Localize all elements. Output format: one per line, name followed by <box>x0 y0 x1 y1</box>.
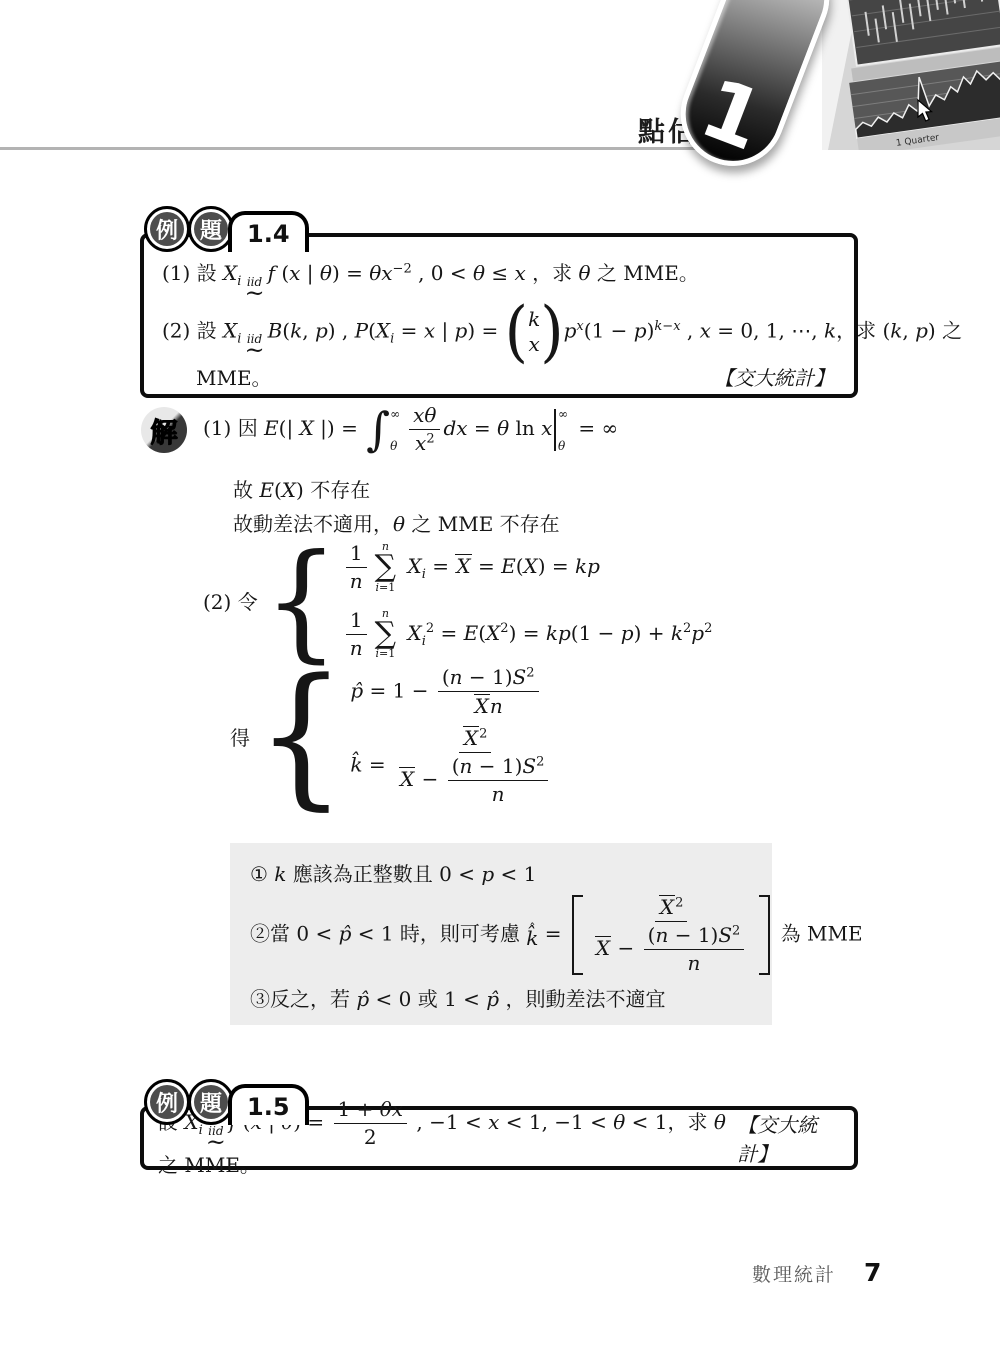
example-number: 1.4 <box>228 211 309 252</box>
note-item-3: ③反之，若 p̂ < 0 或 1 < p̂ ，則動差法不適宜 <box>250 983 752 1012</box>
stock-chart-image: 1 Quarter <box>822 0 1000 150</box>
problem-statement-2: (2) 設 Xiiid~B(k, p) , P(Xi = x | p) = (k… <box>162 307 838 358</box>
problem-statement-1: (1) 設 Xiiid~f (x | θ) = θx−2 , 0 < θ ≤ x… <box>162 257 838 301</box>
page-number: 7 <box>864 1258 881 1287</box>
estimator-system: 得 { p̂ = 1 − (n − 1)S2Xn k̂ = X2X − (n −… <box>230 666 558 806</box>
book-title: 數理統計 <box>752 1260 836 1287</box>
example-badge-label: 例 <box>150 1085 184 1119</box>
equation-row: 1nn∑i=1 Xi2 = E(X2) = kp(1 − p) + k2p2 <box>343 608 713 661</box>
example-badge: 例 <box>144 1079 190 1125</box>
equation-row: k̂ = X2X − (n − 1)S2n <box>350 726 558 806</box>
example-1-4-badges: 例 題 1.4 <box>144 206 309 252</box>
left-brace: { <box>256 675 346 798</box>
stock-chart-graphic: 1 Quarter <box>822 0 1000 150</box>
chapter-number-badge: 1 <box>666 0 845 181</box>
solution-step-2: 故 E(X) 不存在 <box>233 474 370 503</box>
system-label: (2) 令 <box>203 586 258 615</box>
problem-statement-2-cont: MME。 <box>196 362 272 391</box>
textbook-page: 點估計 <box>0 0 1000 1353</box>
header-rule <box>0 147 746 150</box>
example-number: 1.5 <box>228 1084 309 1125</box>
example-box-1-5: 例 題 1.5 設 Xiiid~f (x | θ) = 1 + θx2 , −1… <box>140 1106 858 1170</box>
example-badge-label: 例 <box>150 212 184 246</box>
system-label: 得 <box>230 722 250 751</box>
solution-step-1: (1) 因 E(| X |) = ∫∞θxθx2dx = θ ln x∞θ = … <box>203 404 618 455</box>
source-attribution: 【交大統計】 <box>737 1109 840 1167</box>
left-brace: { <box>264 550 339 652</box>
note-item-1: ① k 應該為正整數且 0 < p < 1 <box>250 858 752 887</box>
chapter-number: 1 <box>673 61 790 171</box>
example-1-5-badges: 例 題 1.5 <box>144 1079 309 1125</box>
equation-row: p̂ = 1 − (n − 1)S2Xn <box>350 666 558 718</box>
equation-row: 1nn∑i=1 Xi = X = E(X) = kp <box>343 541 713 594</box>
note-box: ① k 應該為正整數且 0 < p < 1 ②當 0 < p̂ < 1 時，則可… <box>230 843 772 1025</box>
page-footer: 數理統計 7 <box>752 1258 881 1287</box>
source-attribution: 【交大統計】 <box>714 362 834 391</box>
example-badge: 例 <box>144 206 190 252</box>
solution-badge: 解 <box>141 407 187 453</box>
moment-equations-system: (2) 令 { 1nn∑i=1 Xi = X = E(X) = kp 1nn∑i… <box>203 541 712 660</box>
problem-badge-label: 題 <box>194 212 228 246</box>
problem-badge-label: 題 <box>194 1085 228 1119</box>
note-item-2: ②當 0 < p̂ < 1 時，則可考慮 ˆk̂ = X2X − (n − 1)… <box>250 895 752 975</box>
example-box-1-4: 例 題 1.4 (1) 設 Xiiid~f (x | θ) = θx−2 , 0… <box>140 233 858 398</box>
